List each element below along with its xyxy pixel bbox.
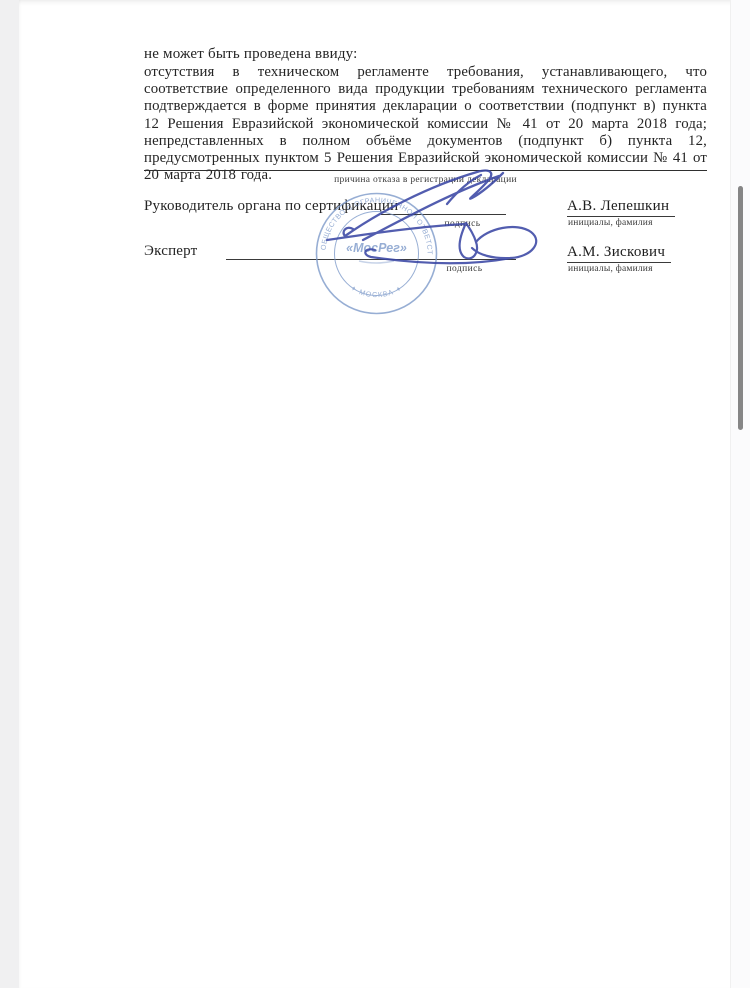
- scrollbar-track[interactable]: [730, 0, 750, 988]
- handwritten-signatures-ink: [319, 160, 549, 280]
- name-caption: инициалы, фамилия: [568, 218, 653, 228]
- stamp-ring-text-bottom: ✦ МОСКВА ✦: [349, 283, 404, 299]
- intro-line: не может быть проведена ввиду:: [144, 46, 358, 63]
- signatory-name: А.М. Зискович: [567, 244, 671, 263]
- scrollbar-thumb[interactable]: [738, 186, 743, 430]
- signature-ink-1: [344, 171, 503, 240]
- signatory-name: А.В. Лепешкин: [567, 198, 675, 217]
- document-viewer: не может быть проведена ввиду: отсутстви…: [0, 0, 750, 988]
- scanned-document-page: не может быть проведена ввиду: отсутстви…: [19, 0, 731, 988]
- name-caption: инициалы, фамилия: [568, 264, 653, 274]
- role-label-expert: Эксперт: [144, 243, 197, 260]
- signature-ink-2: [327, 223, 536, 263]
- svg-text:✦ МОСКВА ✦: ✦ МОСКВА ✦: [349, 283, 404, 299]
